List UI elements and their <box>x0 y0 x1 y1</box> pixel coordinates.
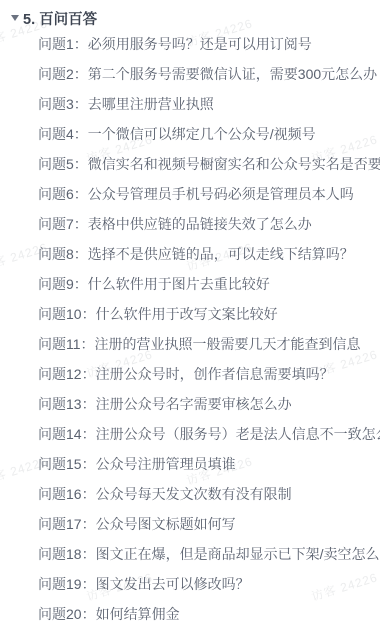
question-item: 问题17：公众号图文标题如何写 <box>0 509 380 539</box>
question-item: 问题6：公众号管理员手机号码必须是管理员本人吗 <box>0 179 380 209</box>
question-item: 问题1：必须用服务号吗？还是可以用订阅号 <box>0 29 380 59</box>
question-item: 问题15：公众号注册管理员填谁 <box>0 449 380 479</box>
question-item: 问题8：选择不是供应链的品，可以走线下结算吗？ <box>0 239 380 269</box>
section-header: 5. 百问百答 <box>8 7 97 29</box>
question-item: 问题20：如何结算佣金 <box>0 599 380 629</box>
collapse-toggle[interactable] <box>8 11 22 25</box>
section-title: 5. 百问百答 <box>23 8 97 29</box>
question-item: 问题4：一个微信可以绑定几个公众号/视频号 <box>0 119 380 149</box>
question-item: 问题12：注册公众号时，创作者信息需要填吗？ <box>0 359 380 389</box>
question-item: 问题5：微信实名和视频号橱窗实名和公众号实名是否要保持一致 <box>0 149 380 179</box>
question-item: 问题13：注册公众号名字需要审核怎么办 <box>0 389 380 419</box>
question-item: 问题16：公众号每天发文次数有没有限制 <box>0 479 380 509</box>
question-item: 问题11：注册的营业执照一般需要几天才能查到信息 <box>0 329 380 359</box>
question-list: 问题1：必须用服务号吗？还是可以用订阅号问题2：第二个服务号需要微信认证，需要3… <box>0 29 380 629</box>
document-page: 访客 24226访客 24226访客 24226访客 24226访客 24226… <box>0 0 380 630</box>
chevron-down-icon <box>11 15 19 21</box>
question-item: 问题3：去哪里注册营业执照 <box>0 89 380 119</box>
question-item: 问题10：什么软件用于改写文案比较好 <box>0 299 380 329</box>
question-item: 问题2：第二个服务号需要微信认证，需要300元怎么办 <box>0 59 380 89</box>
question-item: 问题7：表格中供应链的品链接失效了怎么办 <box>0 209 380 239</box>
question-item: 问题9：什么软件用于图片去重比较好 <box>0 269 380 299</box>
question-item: 问题18：图文正在爆，但是商品却显示已下架/卖空怎么办 <box>0 539 380 569</box>
question-item: 问题14：注册公众号（服务号）老是法人信息不一致怎么办 <box>0 419 380 449</box>
question-item: 问题19：图文发出去可以修改吗？ <box>0 569 380 599</box>
